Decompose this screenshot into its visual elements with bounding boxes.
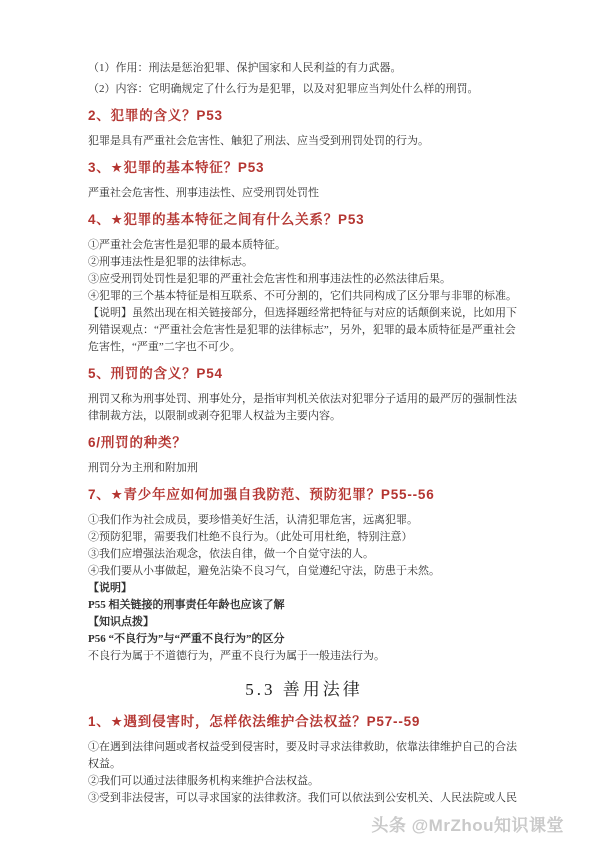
answer-item: ④犯罪的三个基本特征是相互联系、不可分割的，它们共同构成了区分罪与非罪的标准。 [88,288,520,305]
paragraph: 刑罚分为主刑和附加刑 [88,460,520,477]
section-title: 5.3 善用法律 [88,678,520,702]
answer-item: ②预防犯罪，需要我们杜绝不良行为。（此处可用杜绝，特别注意） [88,529,520,546]
paragraph: 刑罚又称为刑事处罚、刑事处分，是指审判机关依法对犯罪分子适用的最严厉的强制性法律… [88,391,520,425]
paragraph: （2）内容：它明确规定了什么行为是犯罪，以及对犯罪应当判处什么样的刑罚。 [88,81,520,98]
question-heading: 5、刑罚的含义？P54 [88,365,520,383]
answer-item: 不良行为属于不道德行为，严重不良行为属于一般违法行为。 [88,648,520,665]
answer-item: ③受到非法侵害，可以寻求国家的法律救济。我们可以依法到公安机关、人民法院或人民 [88,790,520,807]
question-heading: 3、★犯罪的基本特征？P53 [88,159,520,177]
note-line: P55 相关链接的刑事责任年龄也应该了解 [88,597,520,614]
answer-item: ①严重社会危害性是犯罪的最本质特征。 [88,237,520,254]
question-heading: 6/刑罚的种类？ [88,434,520,452]
question-heading: 1、★遇到侵害时，怎样依法维护合法权益？P57--59 [88,713,520,731]
answer-item: 【说明】虽然出现在相关链接部分，但选择题经常把特征与对应的话颠倒来说，比如用下列… [88,305,520,356]
watermark: 头条 @MrZhou知识课堂 [371,811,564,836]
document-body: （1）作用：刑法是惩治犯罪、保护国家和人民利益的有力武器。（2）内容：它明确规定… [88,60,520,807]
note-line: 【知识点拨】 [88,614,520,631]
note-line: 【说明】 [88,580,520,597]
question-heading: 7、★青少年应如何加强自我防范、预防犯罪？P55--56 [88,486,520,504]
answer-item: ②刑事违法性是犯罪的法律标志。 [88,254,520,271]
answer-item: ③我们应增强法治观念，依法自律，做一个自觉守法的人。 [88,546,520,563]
paragraph: 犯罪是具有严重社会危害性、触犯了刑法、应当受到刑罚处罚的行为。 [88,133,520,150]
question-heading: 4、★犯罪的基本特征之间有什么关系？P53 [88,211,520,229]
paragraph: 严重社会危害性、刑事违法性、应受刑罚处罚性 [88,185,520,202]
answer-item: ①在遇到法律问题或者权益受到侵害时，要及时寻求法律救助，依靠法律维护自己的合法权… [88,739,520,773]
question-heading: 2、犯罪的含义？P53 [88,107,520,125]
paragraph: （1）作用：刑法是惩治犯罪、保护国家和人民利益的有力武器。 [88,60,520,77]
document-page: （1）作用：刑法是惩治犯罪、保护国家和人民利益的有力武器。（2）内容：它明确规定… [0,0,600,848]
answer-item: ②我们可以通过法律服务机构来维护合法权益。 [88,773,520,790]
answer-item: ④我们要从小事做起，避免沾染不良习气，自觉遵纪守法，防患于未然。 [88,563,520,580]
answer-item: ③应受刑罚处罚性是犯罪的严重社会危害性和刑事违法性的必然法律后果。 [88,271,520,288]
note-line: P56 “不良行为”与“严重不良行为”的区分 [88,631,520,648]
answer-item: ①我们作为社会成员，要珍惜美好生活，认清犯罪危害，远离犯罪。 [88,512,520,529]
